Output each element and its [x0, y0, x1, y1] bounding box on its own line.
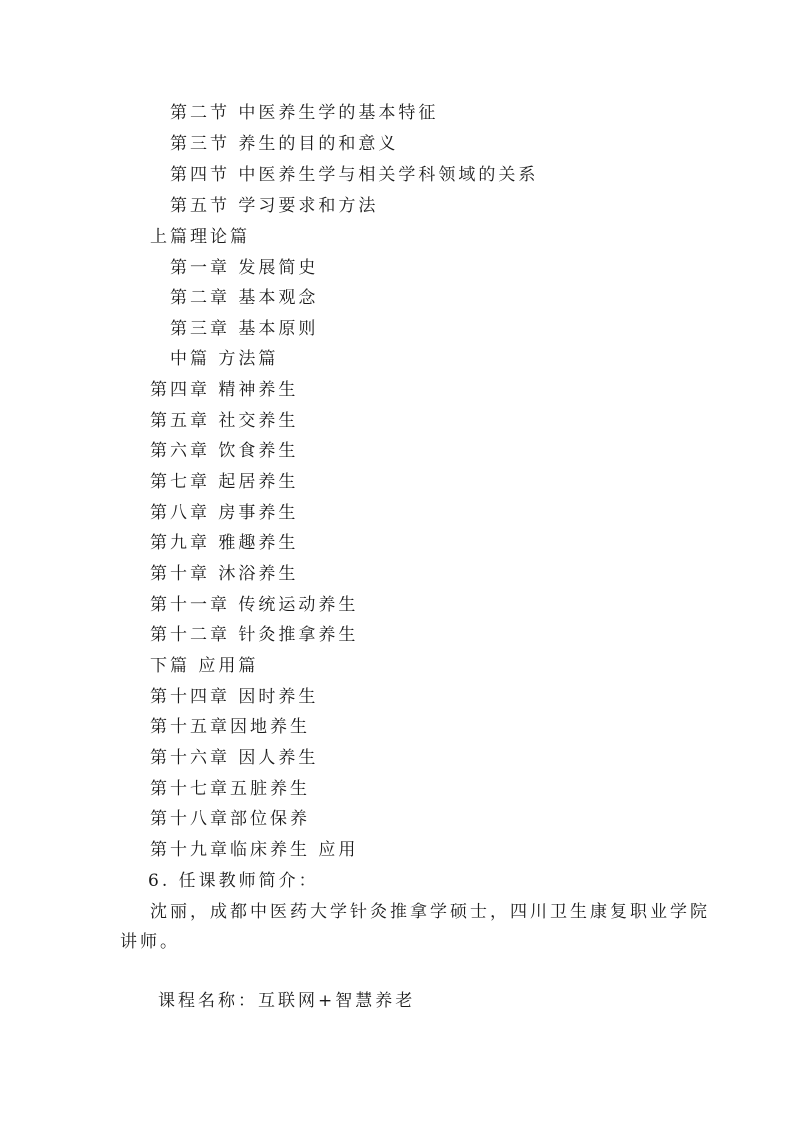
- toc-line: 第十章 沐浴养生: [150, 563, 298, 585]
- toc-line: 第一章 发展简史: [170, 257, 318, 279]
- toc-line: 第九章 雅趣养生: [150, 532, 298, 554]
- toc-line: 第二节 中医养生学的基本特征: [170, 102, 438, 124]
- toc-line: 第七章 起居养生: [150, 471, 298, 493]
- toc-line: 第十九章临床养生 应用: [150, 839, 358, 861]
- toc-line: 第十四章 因时养生: [150, 686, 318, 708]
- toc-line: 上篇理论篇: [150, 226, 250, 248]
- toc-line: 第四节 中医养生学与相关学科领域的关系: [170, 164, 538, 186]
- toc-line: 第十七章五脏养生: [150, 778, 310, 800]
- toc-line: 第十六章 因人养生: [150, 747, 318, 769]
- toc-line: 第十五章因地养生: [150, 716, 310, 738]
- instructor-heading: 6. 任课教师简介：: [148, 870, 319, 892]
- course-name: 课程名称：互联网+智慧养老: [158, 990, 415, 1012]
- toc-line: 第四章 精神养生: [150, 379, 298, 401]
- instructor-bio-line-1: 沈丽，成都中医药大学针灸推拿学硕士，四川卫生康复职业学院: [150, 901, 710, 923]
- instructor-bio-line-2: 讲师。: [120, 931, 180, 953]
- toc-line: 第五章 社交养生: [150, 410, 298, 432]
- toc-line: 第六章 饮食养生: [150, 440, 298, 462]
- toc-line: 第十二章 针灸推拿养生: [150, 624, 358, 646]
- toc-line: 第十八章部位保养: [150, 808, 310, 830]
- toc-line: 第三章 基本原则: [170, 318, 318, 340]
- toc-line: 第三节 养生的目的和意义: [170, 133, 398, 155]
- toc-line: 下篇 应用篇: [150, 655, 258, 677]
- toc-line: 第八章 房事养生: [150, 502, 298, 524]
- toc-line: 中篇 方法篇: [170, 348, 278, 370]
- toc-line: 第二章 基本观念: [170, 287, 318, 309]
- toc-line: 第十一章 传统运动养生: [150, 594, 358, 616]
- toc-line: 第五节 学习要求和方法: [170, 195, 378, 217]
